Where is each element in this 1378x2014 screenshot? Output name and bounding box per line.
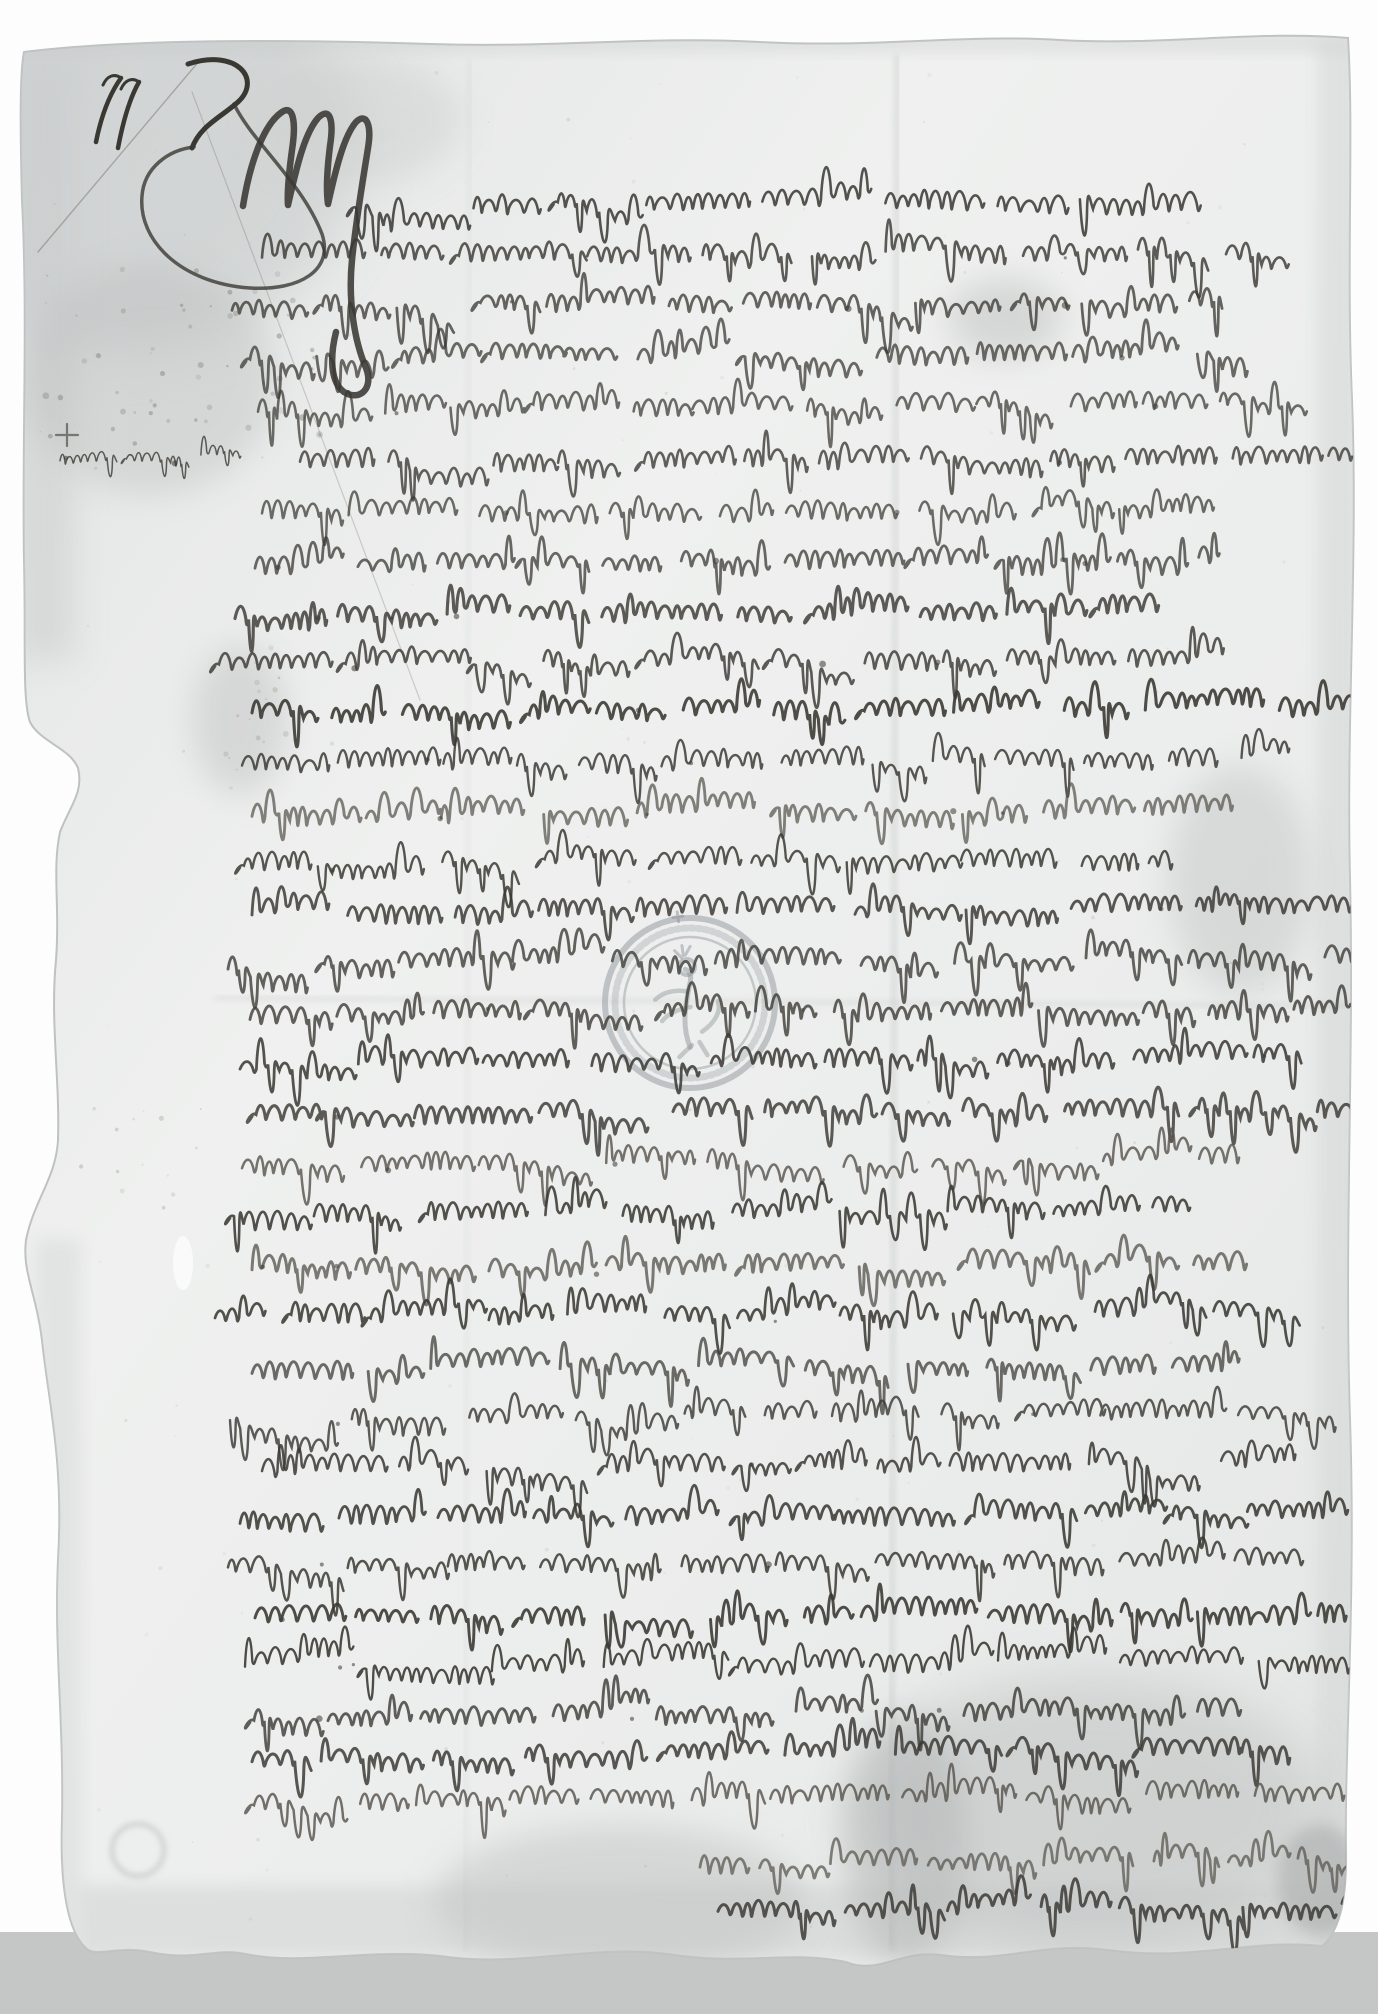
ink-blot bbox=[1062, 302, 1069, 309]
ink-blot bbox=[645, 813, 648, 816]
ink-blot bbox=[385, 1167, 391, 1173]
ink-blot bbox=[713, 558, 719, 564]
ink-blot bbox=[1001, 811, 1005, 815]
ink-blot bbox=[1159, 907, 1163, 911]
ink-blot bbox=[336, 1422, 340, 1426]
ink-blot bbox=[1119, 355, 1124, 360]
ink-blot bbox=[1263, 1054, 1267, 1058]
ink-blot bbox=[390, 617, 393, 620]
ink-blot bbox=[334, 1264, 338, 1268]
ink-blot bbox=[860, 1709, 864, 1713]
ink-blot bbox=[1031, 1412, 1035, 1416]
ink-blot bbox=[819, 661, 826, 668]
ink-blot bbox=[950, 808, 956, 814]
ink-blot bbox=[935, 660, 940, 665]
ink-blot bbox=[395, 411, 399, 415]
ink-blot bbox=[351, 665, 357, 671]
ink-blot bbox=[280, 1617, 285, 1622]
ink-blot bbox=[64, 456, 68, 460]
ink-blot bbox=[636, 708, 641, 713]
ink-blot bbox=[594, 1272, 599, 1277]
ink-blot bbox=[1064, 256, 1067, 259]
ink-blot bbox=[260, 1265, 265, 1270]
ink-blot bbox=[425, 757, 430, 762]
ink-blot bbox=[1060, 557, 1065, 562]
ink-blot bbox=[486, 1007, 490, 1011]
ink-blot bbox=[689, 761, 693, 765]
ink-blot bbox=[316, 1715, 323, 1722]
ink-blot bbox=[510, 300, 513, 303]
ink-blot bbox=[454, 614, 460, 620]
ink-blot bbox=[801, 1008, 804, 1011]
ink-blot bbox=[330, 868, 335, 873]
ink-blot bbox=[172, 460, 178, 466]
ink-blot bbox=[1082, 561, 1087, 566]
ink-blot bbox=[774, 1320, 777, 1323]
ink-blot bbox=[315, 615, 321, 621]
ink-blot bbox=[438, 816, 443, 821]
ink-blot bbox=[334, 1114, 339, 1119]
ink-blot bbox=[937, 1708, 942, 1713]
paper-tear-spot bbox=[173, 1236, 193, 1290]
ink-blot bbox=[1153, 404, 1158, 409]
ink-blot bbox=[338, 1665, 342, 1669]
ink-blot bbox=[895, 510, 900, 515]
manuscript-page bbox=[0, 0, 1378, 2014]
ink-blot bbox=[504, 510, 509, 515]
ink-blot bbox=[612, 1162, 617, 1167]
ink-blot bbox=[1057, 460, 1062, 465]
ink-blot bbox=[845, 305, 852, 312]
ink-blot bbox=[352, 1663, 355, 1666]
ink-blot bbox=[1006, 1061, 1011, 1066]
ink-blot bbox=[320, 1563, 324, 1567]
ink-blot bbox=[630, 1717, 634, 1721]
manuscript-scan: Scanned single-leaf manuscript letter in… bbox=[0, 0, 1378, 2014]
ink-blot bbox=[972, 1057, 978, 1063]
ink-blot bbox=[765, 1561, 772, 1568]
ink-blot bbox=[749, 1462, 754, 1467]
ink-blot bbox=[275, 565, 280, 570]
